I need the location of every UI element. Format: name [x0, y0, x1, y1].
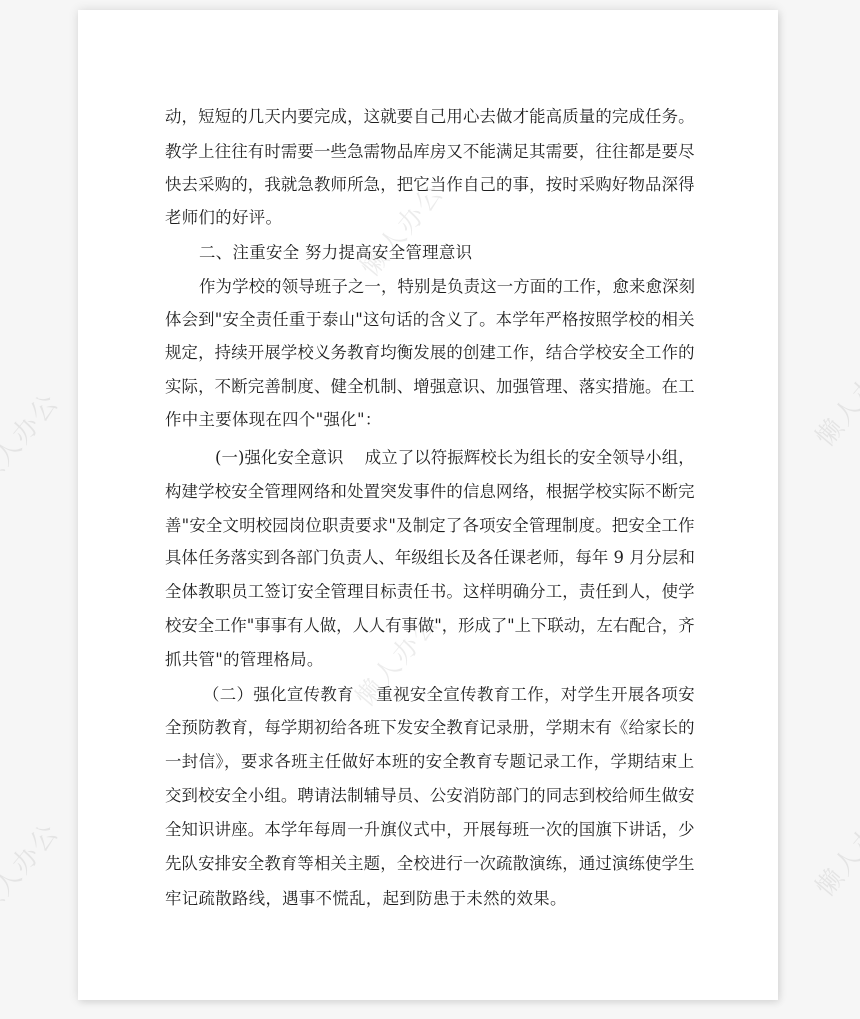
text-line: 全预防教育，每学期初给各班下发安全教育记录册，学期末有《给家长的 — [165, 716, 695, 740]
text-line: 牢记疏散路线，遇事不慌乱，起到防患于未然的效果。 — [165, 887, 567, 911]
text-line: 实际，不断完善制度、健全机制、增强意识、加强管理、落实措施。在工 — [165, 375, 695, 399]
watermark-text: 懒人办公 — [806, 794, 860, 904]
text-line: 校安全工作"事事有人做，人人有事做"，形成了"上下联动，左右配合，齐 — [165, 614, 695, 638]
watermark-text: 懒人办公 — [0, 384, 66, 494]
text-line: 老师们的好评。 — [165, 206, 282, 230]
text-line: 作为学校的领导班子之一，特别是负责这一方面的工作，愈来愈深刻 — [199, 275, 695, 299]
text-line: 一封信》，要求各班主任做好本班的安全教育专题记录工作，学期结束上 — [165, 750, 695, 774]
text-line: 先队安排安全教育等相关主题，全校进行一次疏散演练，通过演练使学生 — [165, 852, 695, 876]
document-page: 动，短短的几天内要完成，这就要自己用心去做才能高质量的完成任务。教学上往往有时需… — [78, 10, 778, 1000]
text-line: 二、注重安全 努力提高安全管理意识 — [199, 241, 472, 265]
text-line: 具体任务落实到各部门负责人、年级组长及各任课老师，每年 9 月分层和 — [165, 546, 695, 570]
text-line: 善"安全文明校园岗位职责要求"及制定了各项安全管理制度。把安全工作 — [165, 514, 695, 538]
text-line: 全知识讲座。本学年每周一升旗仪式中，开展每班一次的国旗下讲话，少 — [165, 818, 695, 842]
text-line: 构建学校安全管理网络和处置突发事件的信息网络，根据学校实际不断完 — [165, 480, 695, 504]
watermark-text: 懒人办公 — [0, 814, 66, 924]
text-line: 快去采购的，我就急教师所急，把它当作自己的事，按时采购好物品深得 — [165, 173, 695, 197]
text-line: 规定，持续开展学校义务教育均衡发展的创建工作，结合学校安全工作的 — [165, 341, 695, 365]
text-line: 作中主要体现在四个"强化"： — [165, 408, 382, 432]
text-line: 抓共管"的管理格局。 — [165, 648, 324, 672]
text-line: 动，短短的几天内要完成，这就要自己用心去做才能高质量的完成任务。 — [165, 105, 695, 129]
watermark-text: 懒人办公 — [806, 344, 860, 454]
text-line: （二）强化宣传教育 重视安全宣传教育工作，对学生开展各项安 — [203, 683, 695, 707]
text-line: 体会到"安全责任重于泰山"这句话的含义了。本学年严格按照学校的相关 — [165, 308, 695, 332]
text-line: (一)强化安全意识 成立了以符振辉校长为组长的安全领导小组， — [215, 446, 695, 470]
text-line: 交到校安全小组。聘请法制辅导员、公安消防部门的同志到校给师生做安 — [165, 784, 695, 808]
document-viewer[interactable]: 动，短短的几天内要完成，这就要自己用心去做才能高质量的完成任务。教学上往往有时需… — [0, 0, 860, 1019]
text-line: 全体教职员工签订安全管理目标责任书。这样明确分工，责任到人，使学 — [165, 580, 695, 604]
text-line: 教学上往往有时需要一些急需物品库房又不能满足其需要，往往都是要尽 — [165, 140, 695, 164]
